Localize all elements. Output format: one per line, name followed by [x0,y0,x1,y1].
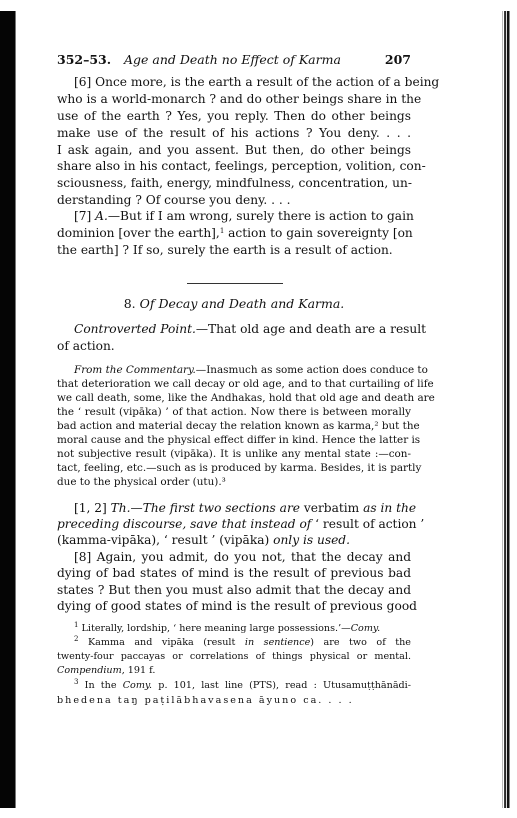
para8-line: dying of bad states of mind is the resul… [57,566,411,581]
commentary-line: due to the physical order (utu).³ [57,476,411,489]
commentary-line: that deterioration we call decay or old … [57,378,411,391]
para7-line: [7] A.—But if I am wrong, surely there i… [57,209,411,224]
para8-line: dying of good states of mind is the resu… [57,599,411,614]
para12-line: (kamma-vipāka), ‘ result ’ (vipāka) only… [57,533,411,548]
commentary-line: moral cause and the physical effect diff… [57,434,411,447]
commentary-line: From the Commentary.—Inasmuch as some ac… [57,364,411,377]
para6-line: use of the earth ? Yes, you reply. Then … [57,109,411,124]
page-number: 207 [385,52,411,67]
commentary-line: bad action and material decay the relati… [57,420,411,433]
para6-line: [6] Once more, is the earth a result of … [57,75,411,90]
commentary-line: tact, feeling, etc.—such as is produced … [57,462,411,475]
para6-line: derstanding ? Of course you deny. . . . [57,193,411,208]
footnote-2-cont: twenty-four paccayas or correlations of … [57,651,411,663]
controverted-point: Controverted Point.—That old age and dea… [57,322,411,337]
commentary-line: we call death, some, like the Andhakas, … [57,392,411,405]
commentary-line: not subjective result (vipāka). It is un… [57,448,411,461]
para8-line: [8] Again, you admit, do you not, that t… [57,550,411,565]
commentary-line: the ‘ result (vipāka) ’ of that action. … [57,406,411,419]
footnote-3-cont: bhedena taŋ paṭilābhavasena āyuno ca. . … [57,695,411,707]
para6-line: sciousness, faith, energy, mindfulness, … [57,176,411,191]
footnote-2: 2 Kamma and vipāka (result in sentience)… [57,637,411,649]
section-divider [187,283,283,284]
para12-line: [1, 2] Th.—The first two sections are ve… [57,501,411,516]
para7-line: dominion [over the earth],1 action to ga… [57,226,411,241]
para6-line: I ask again, and you assent. But then, d… [57,143,411,158]
running-title: Age and Death no Effect of Karma [124,52,341,67]
footnote-2-cont: Compendium, 191 f. [57,665,411,677]
para6-line: make use of the result of his actions ? … [57,126,411,141]
section-numbers: 352–53. [57,52,111,67]
para7-line: the earth] ? If so, surely the earth is … [57,243,411,258]
para6-line: who is a world-monarch ? and do other be… [57,92,411,107]
footnote-1: 1 Literally, lordship, ‘ here meaning la… [57,623,411,635]
footnote-3: 3 In the Comy. p. 101, last line (PTS), … [57,680,411,692]
para8-line: states ? But then you must also admit th… [57,583,411,598]
section-heading: 8. Of Decay and Death and Karma. [57,296,411,311]
scan-left-edge [0,11,16,808]
controverted-point-cont: of action. [57,339,411,354]
para6-line: share also in his contact, feelings, per… [57,159,411,174]
scan-binding-edge [502,11,511,808]
para12-line: preceding discourse, save that instead o… [57,517,411,532]
